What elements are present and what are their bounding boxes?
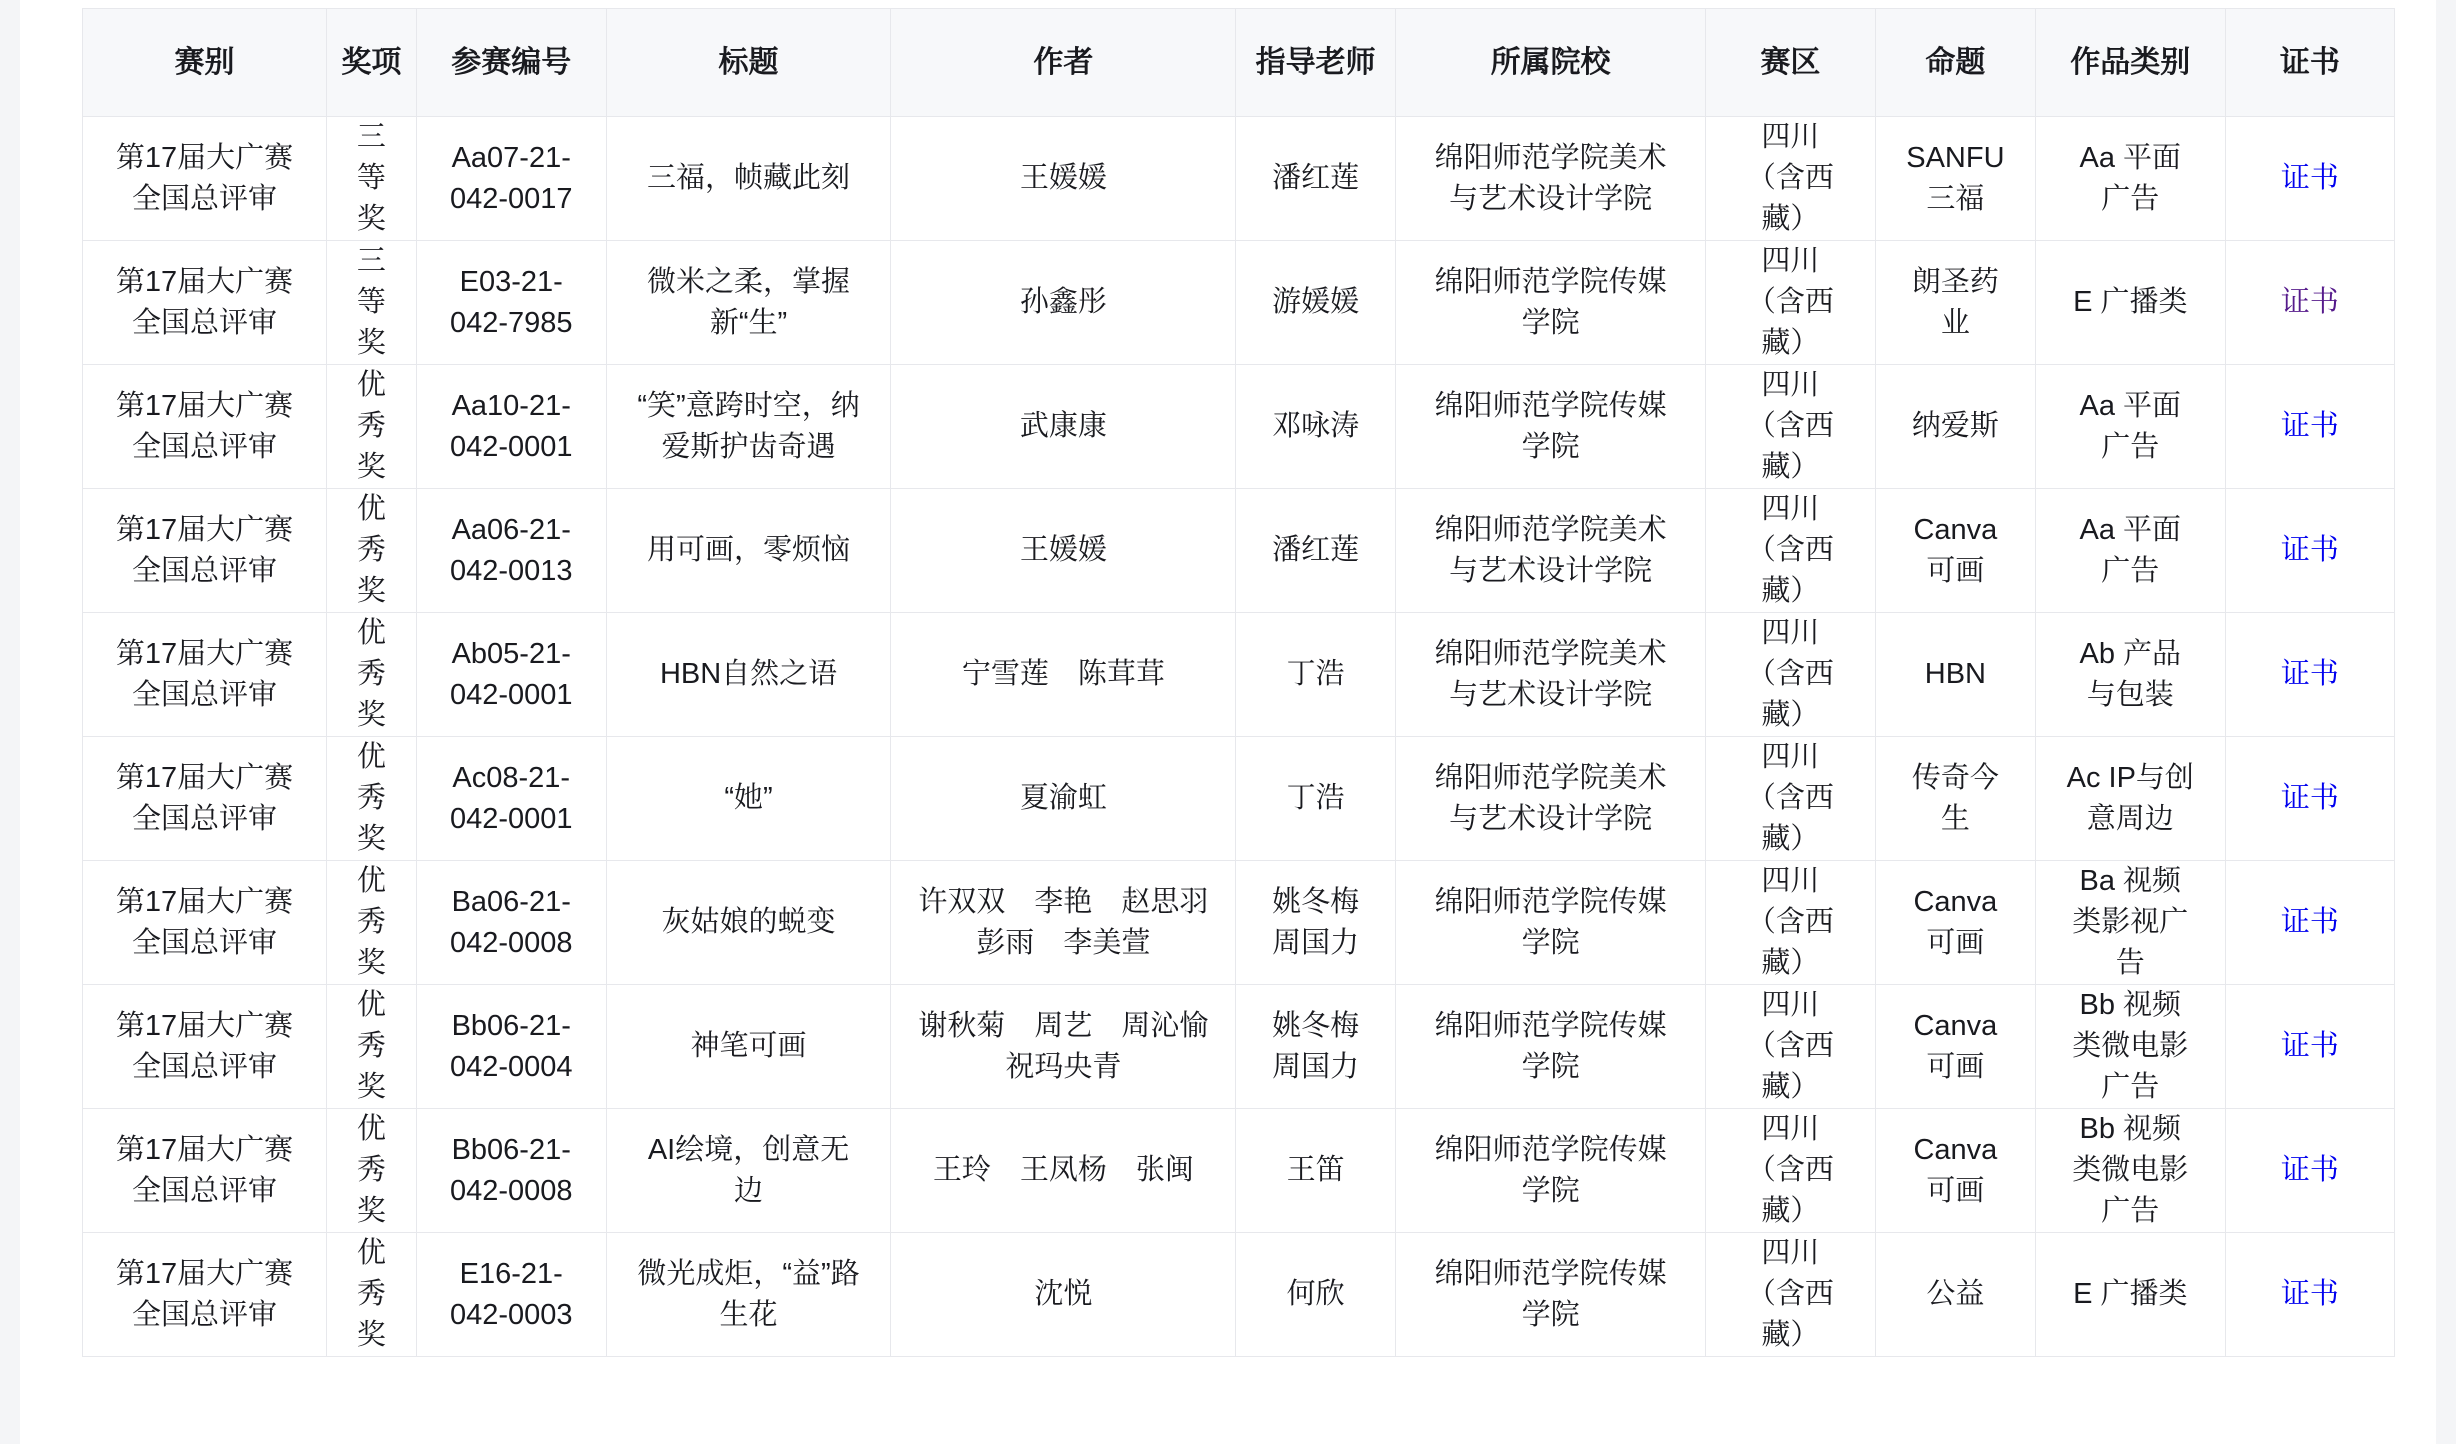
cell-competition: 第17届大广赛全国总评审 xyxy=(83,861,327,985)
cell-competition: 第17届大广赛全国总评审 xyxy=(83,365,327,489)
cell-brief: Canva可画 xyxy=(1875,489,2035,613)
cell-school: 绵阳师范学院美术与艺术设计学院 xyxy=(1396,613,1706,737)
page: { "colors": { "background": "#f4f5f7", "… xyxy=(0,0,2456,1444)
cell-competition: 第17届大广赛全国总评审 xyxy=(83,985,327,1109)
cell-entry-no: Bb06-21-042-0008 xyxy=(416,1109,606,1233)
column-header-entry-no: 参赛编号 xyxy=(416,9,606,117)
cell-award: 三等奖 xyxy=(326,117,416,241)
cell-advisor: 王笛 xyxy=(1236,1109,1396,1233)
cell-region: 四川（含西藏） xyxy=(1705,117,1875,241)
table-row: 第17届大广赛全国总评审优秀奖Ba06-21-042-0008灰姑娘的蜕变许双双… xyxy=(83,861,2395,985)
cell-advisor: 游媛媛 xyxy=(1236,241,1396,365)
cell-certificate: 证书 xyxy=(2225,117,2394,241)
cell-region: 四川（含西藏） xyxy=(1705,737,1875,861)
cell-title: 用可画，零烦恼 xyxy=(606,489,891,613)
certificate-link[interactable]: 证书 xyxy=(2281,658,2339,690)
certificate-link[interactable]: 证书 xyxy=(2281,1154,2339,1186)
cell-region: 四川（含西藏） xyxy=(1705,241,1875,365)
cell-school: 绵阳师范学院传媒学院 xyxy=(1396,1233,1706,1357)
cell-region: 四川（含西藏） xyxy=(1705,1233,1875,1357)
cell-category: Bb 视频类微电影广告 xyxy=(2035,1109,2225,1233)
column-header-certificate: 证书 xyxy=(2225,9,2394,117)
column-header-advisor: 指导老师 xyxy=(1236,9,1396,117)
table-body: 第17届大广赛全国总评审三等奖Aa07-21-042-0017三福，帧藏此刻王媛… xyxy=(83,117,2395,1357)
cell-certificate: 证书 xyxy=(2225,1233,2394,1357)
certificate-link[interactable]: 证书 xyxy=(2281,1030,2339,1062)
cell-authors: 武康康 xyxy=(891,365,1236,489)
cell-advisor: 邓咏涛 xyxy=(1236,365,1396,489)
cell-school: 绵阳师范学院传媒学院 xyxy=(1396,1109,1706,1233)
cell-award: 优秀奖 xyxy=(326,737,416,861)
content-area: 赛别 奖项 参赛编号 标题 作者 指导老师 所属院校 赛区 命题 作品类别 证书… xyxy=(20,0,2436,1444)
table-row: 第17届大广赛全国总评审优秀奖E16-21-042-0003微光成炬，“益”路生… xyxy=(83,1233,2395,1357)
cell-brief: SANFU三福 xyxy=(1875,117,2035,241)
cell-entry-no: E03-21-042-7985 xyxy=(416,241,606,365)
cell-brief: 公益 xyxy=(1875,1233,2035,1357)
cell-entry-no: Ac08-21-042-0001 xyxy=(416,737,606,861)
cell-award: 优秀奖 xyxy=(326,489,416,613)
cell-certificate: 证书 xyxy=(2225,365,2394,489)
cell-entry-no: E16-21-042-0003 xyxy=(416,1233,606,1357)
table-row: 第17届大广赛全国总评审三等奖E03-21-042-7985微米之柔，掌握新“生… xyxy=(83,241,2395,365)
cell-entry-no: Aa07-21-042-0017 xyxy=(416,117,606,241)
cell-advisor: 丁浩 xyxy=(1236,613,1396,737)
cell-authors: 王媛媛 xyxy=(891,489,1236,613)
table-row: 第17届大广赛全国总评审优秀奖Ac08-21-042-0001“她”夏渝虹丁浩绵… xyxy=(83,737,2395,861)
cell-competition: 第17届大广赛全国总评审 xyxy=(83,241,327,365)
cell-competition: 第17届大广赛全国总评审 xyxy=(83,1233,327,1357)
cell-school: 绵阳师范学院传媒学院 xyxy=(1396,861,1706,985)
cell-region: 四川（含西藏） xyxy=(1705,489,1875,613)
header-row: 赛别 奖项 参赛编号 标题 作者 指导老师 所属院校 赛区 命题 作品类别 证书 xyxy=(83,9,2395,117)
cell-region: 四川（含西藏） xyxy=(1705,985,1875,1109)
cell-competition: 第17届大广赛全国总评审 xyxy=(83,737,327,861)
certificate-link[interactable]: 证书 xyxy=(2281,782,2339,814)
cell-certificate: 证书 xyxy=(2225,737,2394,861)
cell-certificate: 证书 xyxy=(2225,1109,2394,1233)
results-table: 赛别 奖项 参赛编号 标题 作者 指导老师 所属院校 赛区 命题 作品类别 证书… xyxy=(82,8,2395,1357)
cell-advisor: 潘红莲 xyxy=(1236,117,1396,241)
cell-authors: 宁雪莲 陈茸茸 xyxy=(891,613,1236,737)
cell-entry-no: Ba06-21-042-0008 xyxy=(416,861,606,985)
table-row: 第17届大广赛全国总评审优秀奖Bb06-21-042-0004神笔可画谢秋菊 周… xyxy=(83,985,2395,1109)
cell-brief: Canva可画 xyxy=(1875,985,2035,1109)
cell-entry-no: Ab05-21-042-0001 xyxy=(416,613,606,737)
cell-award: 优秀奖 xyxy=(326,1109,416,1233)
cell-region: 四川（含西藏） xyxy=(1705,861,1875,985)
column-header-title: 标题 xyxy=(606,9,891,117)
cell-category: Aa 平面广告 xyxy=(2035,117,2225,241)
certificate-link[interactable]: 证书 xyxy=(2281,286,2339,318)
certificate-link[interactable]: 证书 xyxy=(2281,162,2339,194)
cell-award: 优秀奖 xyxy=(326,365,416,489)
cell-title: 三福，帧藏此刻 xyxy=(606,117,891,241)
cell-category: Ab 产品与包装 xyxy=(2035,613,2225,737)
cell-school: 绵阳师范学院美术与艺术设计学院 xyxy=(1396,489,1706,613)
column-header-competition: 赛别 xyxy=(83,9,327,117)
cell-certificate: 证书 xyxy=(2225,985,2394,1109)
cell-authors: 孙鑫彤 xyxy=(891,241,1236,365)
cell-title: AI绘境，创意无边 xyxy=(606,1109,891,1233)
certificate-link[interactable]: 证书 xyxy=(2281,534,2339,566)
cell-award: 三等奖 xyxy=(326,241,416,365)
cell-brief: HBN xyxy=(1875,613,2035,737)
table-row: 第17届大广赛全国总评审优秀奖Ab05-21-042-0001HBN自然之语宁雪… xyxy=(83,613,2395,737)
cell-school: 绵阳师范学院传媒学院 xyxy=(1396,241,1706,365)
cell-region: 四川（含西藏） xyxy=(1705,1109,1875,1233)
cell-title: 微光成炬，“益”路生花 xyxy=(606,1233,891,1357)
cell-title: 灰姑娘的蜕变 xyxy=(606,861,891,985)
cell-title: HBN自然之语 xyxy=(606,613,891,737)
cell-brief: Canva可画 xyxy=(1875,861,2035,985)
table-row: 第17届大广赛全国总评审优秀奖Bb06-21-042-0008AI绘境，创意无边… xyxy=(83,1109,2395,1233)
cell-authors: 沈悦 xyxy=(891,1233,1236,1357)
cell-award: 优秀奖 xyxy=(326,985,416,1109)
cell-competition: 第17届大广赛全国总评审 xyxy=(83,1109,327,1233)
column-header-region: 赛区 xyxy=(1705,9,1875,117)
cell-authors: 夏渝虹 xyxy=(891,737,1236,861)
cell-certificate: 证书 xyxy=(2225,861,2394,985)
cell-entry-no: Bb06-21-042-0004 xyxy=(416,985,606,1109)
cell-brief: Canva可画 xyxy=(1875,1109,2035,1233)
cell-competition: 第17届大广赛全国总评审 xyxy=(83,117,327,241)
cell-school: 绵阳师范学院传媒学院 xyxy=(1396,365,1706,489)
cell-brief: 传奇今生 xyxy=(1875,737,2035,861)
cell-school: 绵阳师范学院传媒学院 xyxy=(1396,985,1706,1109)
cell-advisor: 姚冬梅 周国力 xyxy=(1236,985,1396,1109)
certificate-link[interactable]: 证书 xyxy=(2281,906,2339,938)
table-row: 第17届大广赛全国总评审优秀奖Aa10-21-042-0001“笑”意跨时空，纳… xyxy=(83,365,2395,489)
cell-advisor: 姚冬梅 周国力 xyxy=(1236,861,1396,985)
cell-category: Aa 平面广告 xyxy=(2035,489,2225,613)
cell-certificate: 证书 xyxy=(2225,613,2394,737)
cell-brief: 朗圣药业 xyxy=(1875,241,2035,365)
cell-title: 神笔可画 xyxy=(606,985,891,1109)
cell-category: E 广播类 xyxy=(2035,241,2225,365)
column-header-brief: 命题 xyxy=(1875,9,2035,117)
cell-certificate: 证书 xyxy=(2225,489,2394,613)
cell-award: 优秀奖 xyxy=(326,1233,416,1357)
cell-award: 优秀奖 xyxy=(326,861,416,985)
column-header-award: 奖项 xyxy=(326,9,416,117)
column-header-school: 所属院校 xyxy=(1396,9,1706,117)
cell-school: 绵阳师范学院美术与艺术设计学院 xyxy=(1396,117,1706,241)
cell-authors: 王媛媛 xyxy=(891,117,1236,241)
table-row: 第17届大广赛全国总评审三等奖Aa07-21-042-0017三福，帧藏此刻王媛… xyxy=(83,117,2395,241)
cell-authors: 许双双 李艳 赵思羽 彭雨 李美萱 xyxy=(891,861,1236,985)
table-row: 第17届大广赛全国总评审优秀奖Aa06-21-042-0013用可画，零烦恼王媛… xyxy=(83,489,2395,613)
cell-category: Aa 平面广告 xyxy=(2035,365,2225,489)
certificate-link[interactable]: 证书 xyxy=(2281,410,2339,442)
cell-advisor: 何欣 xyxy=(1236,1233,1396,1357)
cell-category: Ba 视频类影视广告 xyxy=(2035,861,2225,985)
cell-title: 微米之柔，掌握新“生” xyxy=(606,241,891,365)
cell-region: 四川（含西藏） xyxy=(1705,613,1875,737)
cell-award: 优秀奖 xyxy=(326,613,416,737)
cell-title: “笑”意跨时空，纳爱斯护齿奇遇 xyxy=(606,365,891,489)
table-header: 赛别 奖项 参赛编号 标题 作者 指导老师 所属院校 赛区 命题 作品类别 证书 xyxy=(83,9,2395,117)
cell-category: Ac IP与创意周边 xyxy=(2035,737,2225,861)
column-header-category: 作品类别 xyxy=(2035,9,2225,117)
cell-school: 绵阳师范学院美术与艺术设计学院 xyxy=(1396,737,1706,861)
cell-title: “她” xyxy=(606,737,891,861)
column-header-authors: 作者 xyxy=(891,9,1236,117)
cell-authors: 谢秋菊 周艺 周沁愉 祝玛央青 xyxy=(891,985,1236,1109)
cell-advisor: 潘红莲 xyxy=(1236,489,1396,613)
cell-region: 四川（含西藏） xyxy=(1705,365,1875,489)
cell-entry-no: Aa10-21-042-0001 xyxy=(416,365,606,489)
cell-entry-no: Aa06-21-042-0013 xyxy=(416,489,606,613)
cell-certificate: 证书 xyxy=(2225,241,2394,365)
cell-advisor: 丁浩 xyxy=(1236,737,1396,861)
cell-competition: 第17届大广赛全国总评审 xyxy=(83,489,327,613)
certificate-link[interactable]: 证书 xyxy=(2281,1278,2339,1310)
cell-competition: 第17届大广赛全国总评审 xyxy=(83,613,327,737)
cell-authors: 王玲 王凤杨 张闽 xyxy=(891,1109,1236,1233)
cell-category: E 广播类 xyxy=(2035,1233,2225,1357)
cell-brief: 纳爱斯 xyxy=(1875,365,2035,489)
cell-category: Bb 视频类微电影广告 xyxy=(2035,985,2225,1109)
